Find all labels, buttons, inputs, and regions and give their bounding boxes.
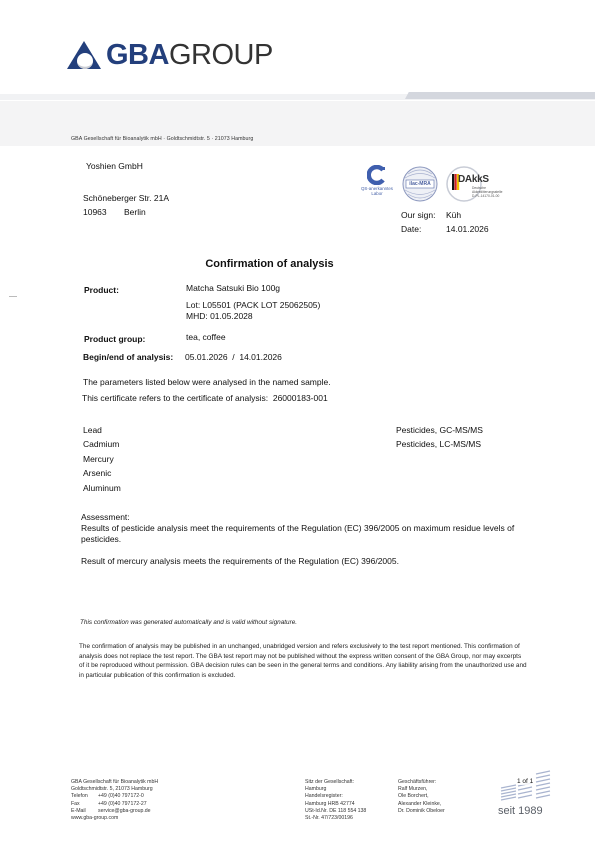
footer-managing-directors: Geschäftsführer: Ralf Murzen, Ole Borche… <box>398 779 445 815</box>
recipient-zip: 10963 <box>83 207 107 218</box>
certificate-reference: This certificate refers to the certifica… <box>82 393 328 404</box>
our-sign-value: Küh <box>446 210 461 221</box>
footer-website-link[interactable]: www.gba-group.com <box>71 815 158 822</box>
document-title-row: Confirmation of analysis <box>0 258 595 270</box>
product-group-value: tea, coffee <box>186 332 226 343</box>
parameter-item: Cadmium <box>83 439 119 450</box>
auto-generated-note: This confirmation was generated automati… <box>80 619 297 626</box>
footer-company-contact: GBA Gesellschaft für Bioanalytik mbH Gol… <box>71 779 158 822</box>
assessment-mercury: Result of mercury analysis meets the req… <box>81 556 556 567</box>
dakks-logo: DAkkS Deutsche Akkreditierungsstelle D-P… <box>444 165 514 205</box>
our-sign-label: Our sign: <box>401 210 436 221</box>
product-label: Product: <box>84 285 119 296</box>
sut-since-1989-logo: 1 of 1 seit 1989 <box>498 768 554 818</box>
fold-mark <box>9 296 17 297</box>
qs-accreditation-logo: QS-anerkanntes Labor <box>360 165 394 196</box>
parameter-item: Aluminum <box>83 483 121 494</box>
footer-email-link[interactable]: service@gba-group.de <box>98 808 151 815</box>
sut-stripes-icon <box>498 768 554 804</box>
date-label: Date: <box>401 224 421 235</box>
parameter-item: Pesticides, GC-MS/MS <box>396 425 483 436</box>
assessment-label: Assessment: <box>81 512 556 523</box>
product-group-label: Product group: <box>84 334 145 345</box>
gba-group-logo: GBAGROUP <box>66 40 273 70</box>
parameter-item: Mercury <box>83 454 114 465</box>
page-number: 1 of 1 <box>516 778 534 785</box>
parameter-item: Lead <box>83 425 102 436</box>
sender-address-line: GBA Gesellschaft für Bioanalytik mbH · G… <box>71 136 253 142</box>
footer-registration: Sitz der Gesellschaft: Hamburg Handelsre… <box>305 779 366 822</box>
analysis-period-label: Begin/end of analysis: <box>83 352 173 363</box>
logo-wordmark: GBAGROUP <box>106 40 273 70</box>
date-value: 14.01.2026 <box>446 224 489 235</box>
document-title: Confirmation of analysis <box>205 258 333 270</box>
product-lot: Lot: L05501 (PACK LOT 25062505) <box>186 300 320 311</box>
assessment-section: Assessment: Results of pesticide analysi… <box>81 512 556 567</box>
assessment-pesticides: Results of pesticide analysis meet the r… <box>81 523 556 545</box>
parameters-intro: The parameters listed below were analyse… <box>83 377 331 388</box>
recipient-city: Berlin <box>124 207 146 218</box>
product-value: Matcha Satsuki Bio 100g <box>186 283 280 294</box>
recipient-street: Schöneberger Str. 21A <box>83 193 169 204</box>
analysis-period-value: 05.01.2026 / 14.01.2026 <box>185 352 282 363</box>
ilac-mra-logo: ilac-MRA <box>399 165 441 205</box>
header-accent-strip <box>405 92 595 99</box>
qs-c-icon <box>367 165 387 185</box>
product-mhd: MHD: 01.05.2028 <box>186 311 253 322</box>
parameter-item: Pesticides, LC-MS/MS <box>396 439 481 450</box>
gba-triangle-logo-icon <box>66 40 102 70</box>
recipient-name: Yoshien GmbH <box>86 161 143 172</box>
since-label: seit 1989 <box>498 805 543 817</box>
publication-disclaimer: The confirmation of analysis may be publ… <box>79 642 527 681</box>
parameter-item: Arsenic <box>83 468 111 479</box>
